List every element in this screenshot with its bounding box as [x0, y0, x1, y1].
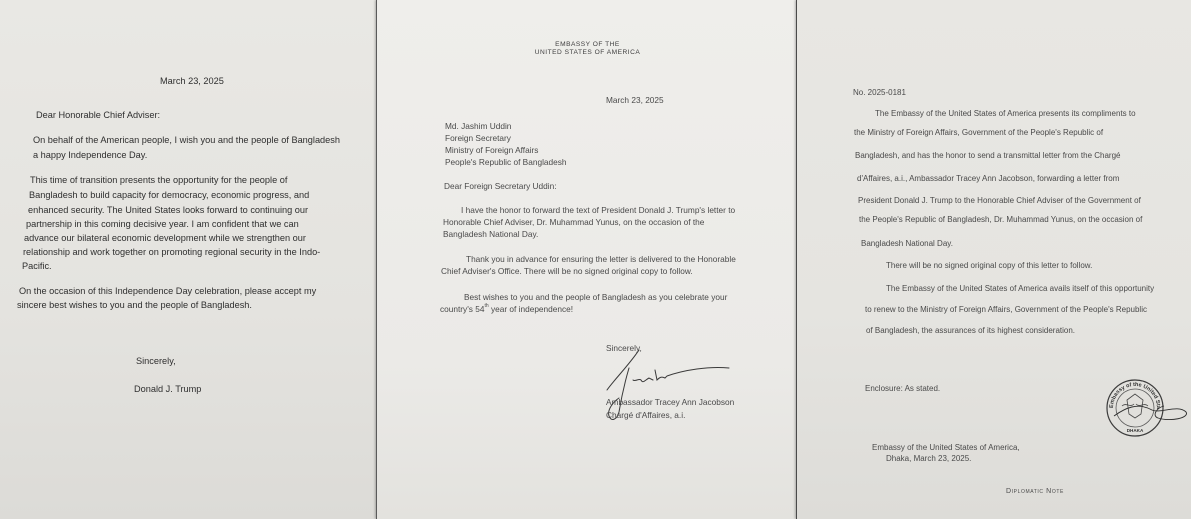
enclosure: Enclosure: As stated. [865, 385, 940, 393]
place-line-1: Embassy of the United States of America, [872, 444, 1020, 452]
recipient-title: Foreign Secretary [445, 134, 511, 142]
signatory: Ambassador Tracey Ann Jacobson [606, 398, 734, 406]
place-line-2: Dhaka, March 23, 2025. [886, 455, 971, 463]
note-line-1: The Embassy of the United States of Amer… [875, 110, 1136, 118]
paragraph-2-line-1: This time of transition presents the opp… [30, 176, 287, 185]
letterhead-line-2: United States of America [377, 50, 798, 57]
note-line-3: Bangladesh, and has the honor to send a … [855, 152, 1121, 160]
paragraph-2-line-4: partnership in this coming decisive year… [26, 220, 299, 229]
paragraph-1-line-3: Bangladesh National Day. [443, 230, 538, 238]
paragraph-3-line-1: Best wishes to you and the people of Ban… [464, 293, 727, 301]
salutation: Dear Honorable Chief Adviser: [36, 111, 160, 120]
note-number: No. 2025-0181 [853, 89, 906, 97]
salutation: Dear Foreign Secretary Uddin: [444, 182, 557, 190]
paragraph-2-line-3: enhanced security. The United States loo… [28, 206, 308, 215]
diplomatic-note-page: No. 2025-0181 The Embassy of the United … [796, 0, 1191, 519]
note-line-5: President Donald J. Trump to the Honorab… [858, 197, 1141, 205]
paragraph-2-line-7: Pacific. [22, 262, 52, 271]
diplomatic-note-label: Diplomatic Note [1006, 488, 1064, 495]
paragraph-1-line-1: I have the honor to forward the text of … [461, 206, 735, 214]
paragraph-2-line-6: relationship and work together on promot… [23, 248, 320, 257]
paragraph-3-line-2: country's 54th year of independence! [440, 305, 573, 313]
paragraph-2-line-2: Bangladesh to build capacity for democra… [29, 191, 309, 200]
recipient-country: People's Republic of Bangladesh [445, 158, 567, 166]
closing: Sincerely, [136, 357, 176, 366]
embassy-letter-page: Embassy of the United States of America … [376, 0, 798, 519]
note-line-2: the Ministry of Foreign Affairs, Governm… [854, 129, 1103, 137]
letter-date: March 23, 2025 [606, 96, 664, 104]
paragraph-3-line-1: On the occasion of this Independence Day… [19, 287, 316, 296]
letter-date: March 23, 2025 [160, 77, 224, 86]
embassy-seal-icon: Embassy of the United States of America … [1100, 378, 1191, 442]
note-line-7: Bangladesh National Day. [861, 240, 953, 248]
signatory-title: Chargé d'Affaires, a.i. [606, 411, 685, 419]
paragraph-1-line-1: On behalf of the American people, I wish… [33, 136, 340, 145]
signatory: Donald J. Trump [134, 385, 201, 394]
paragraph-1-line-2: a happy Independence Day. [33, 151, 147, 160]
closing-line-3: of Bangladesh, the assurances of its hig… [866, 327, 1075, 335]
note-line-6: the People's Republic of Bangladesh, Dr.… [859, 216, 1142, 224]
paragraph-2-line-2: Chief Adviser's Office. There will be no… [441, 267, 693, 275]
president-letter-page: March 23, 2025 Dear Honorable Chief Advi… [0, 0, 377, 519]
letterhead-line-1: Embassy of the [377, 42, 798, 49]
note-line-4: d'Affaires, a.i., Ambassador Tracey Ann … [857, 175, 1119, 183]
paragraph-1-line-2: Honorable Chief Adviser, Dr. Muhammad Yu… [443, 218, 704, 226]
svg-text:DHAKA: DHAKA [1127, 428, 1144, 433]
closing-line-1: The Embassy of the United States of Amer… [886, 285, 1154, 293]
paragraph-2-line-5: advance our bilateral economic developme… [24, 234, 306, 243]
no-copy-notice: There will be no signed original copy of… [886, 262, 1092, 270]
recipient-ministry: Ministry of Foreign Affairs [445, 146, 538, 154]
recipient-name: Md. Jashim Uddin [445, 122, 511, 130]
paragraph-2-line-1: Thank you in advance for ensuring the le… [466, 255, 736, 263]
paragraph-3-line-2: sincere best wishes to you and the peopl… [17, 301, 252, 310]
closing-line-2: to renew to the Ministry of Foreign Affa… [865, 306, 1147, 314]
